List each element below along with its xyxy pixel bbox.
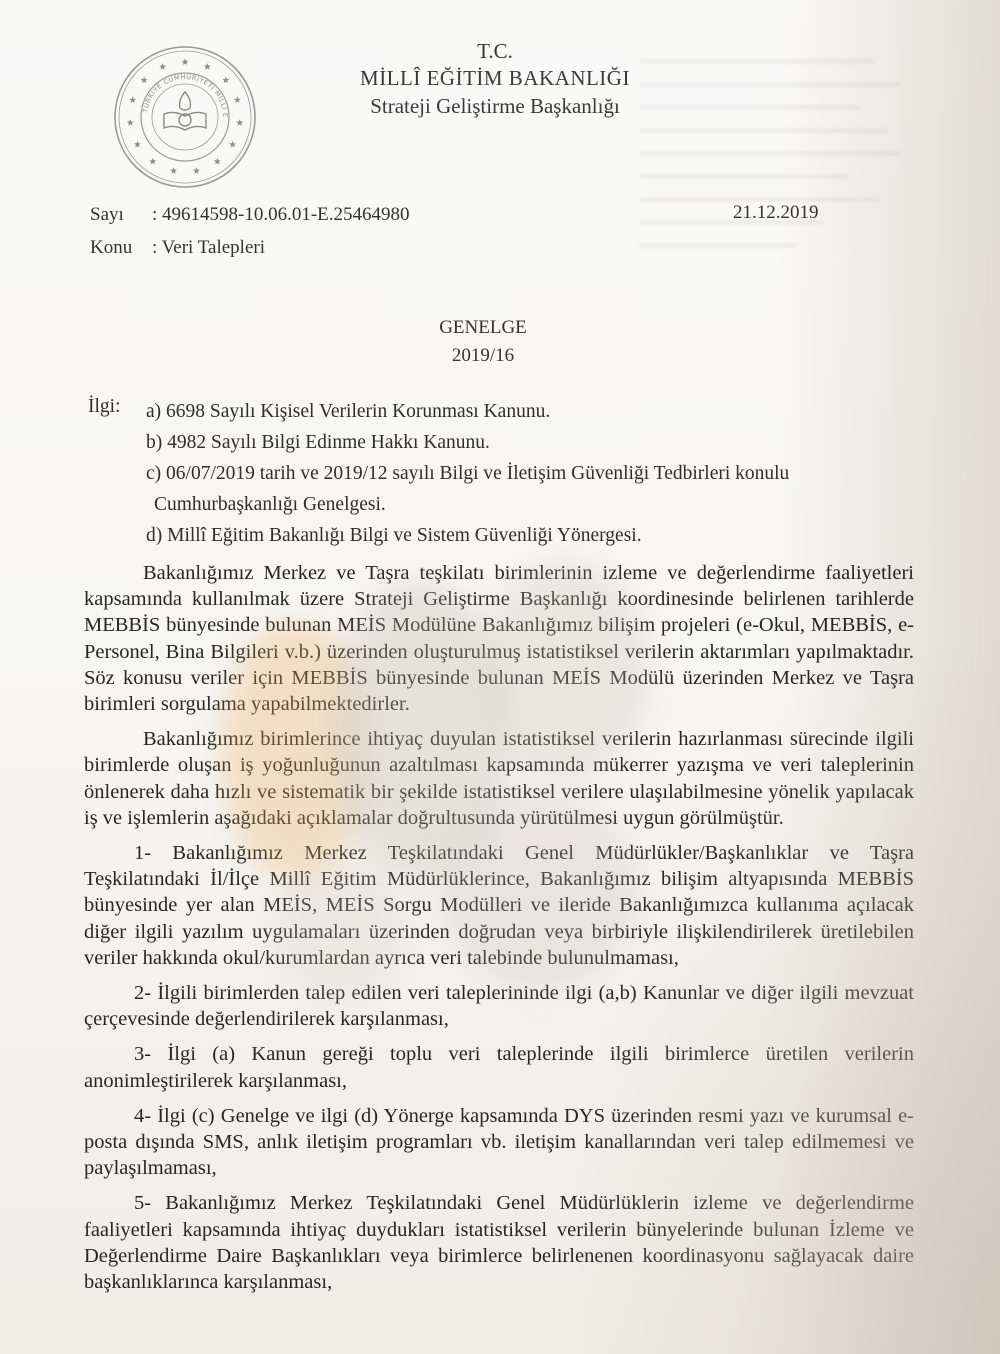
reference-item: c) 06/07/2019 tarih ve 2019/12 sayılı Bi… xyxy=(146,458,966,520)
numbered-item: 1- Bakanlığımız Merkez Teşkilatındaki Ge… xyxy=(84,840,914,971)
letterhead: T.C. MİLLÎ EĞİTİM BAKANLIĞI Strateji Gel… xyxy=(340,38,650,120)
number-value: : 49614598-10.06.01-E.25464980 xyxy=(152,204,410,226)
reference-item: d) Millî Eğitim Bakanlığı Bilgi ve Siste… xyxy=(146,520,966,551)
ministry-seal-icon: TÜRKİYE CUMHURİYETİ MİLLÎ EĞİTİM xyxy=(112,44,258,190)
number-row: Sayı : 49614598-10.06.01-E.25464980 xyxy=(90,204,410,237)
document-title: GENELGE 2019/16 xyxy=(0,314,1000,370)
subject-row: Konu : Veri Talepleri xyxy=(90,237,410,270)
subject-label: Konu xyxy=(90,237,152,259)
body-paragraph: Bakanlığımız Merkez ve Taşra teşkilatı b… xyxy=(84,560,914,717)
reference-item: b) 4982 Sayılı Bilgi Edinme Hakkı Kanunu… xyxy=(146,427,966,458)
bleed-through-text xyxy=(640,40,900,330)
numbered-item: 3- İlgi (a) Kanun gereği toplu veri tale… xyxy=(84,1041,914,1093)
country-label: T.C. xyxy=(340,38,650,64)
reference-item: a) 6698 Sayılı Kişisel Verilerin Korunma… xyxy=(146,396,966,427)
document-body: Bakanlığımız Merkez ve Taşra teşkilatı b… xyxy=(84,560,914,1304)
document-page: TÜRKİYE CUMHURİYETİ MİLLÎ EĞİTİM T.C. Mİ… xyxy=(0,0,1000,1354)
numbered-item: 4- İlgi (c) Genelge ve ilgi (d) Yönerge … xyxy=(84,1103,914,1182)
body-paragraph: Bakanlığımız birimlerince ihtiyaç duyula… xyxy=(84,726,914,831)
numbered-item: 2- İlgili birimlerden talep edilen veri … xyxy=(84,980,914,1032)
subject-value: : Veri Talepleri xyxy=(152,237,265,259)
department-name: Strateji Geliştirme Başkanlığı xyxy=(340,92,650,120)
references-label: İlgi: xyxy=(88,396,121,418)
ministry-name: MİLLÎ EĞİTİM BAKANLIĞI xyxy=(340,64,650,92)
title-number: 2019/16 xyxy=(0,342,983,370)
number-label: Sayı xyxy=(90,204,152,226)
references-list: a) 6698 Sayılı Kişisel Verilerin Korunma… xyxy=(146,396,966,551)
title-type: GENELGE xyxy=(0,314,983,342)
document-meta: Sayı : 49614598-10.06.01-E.25464980 Konu… xyxy=(90,204,410,270)
document-date: 21.12.2019 xyxy=(733,202,819,224)
numbered-item: 5- Bakanlığımız Merkez Teşkilatındaki Ge… xyxy=(84,1190,914,1295)
